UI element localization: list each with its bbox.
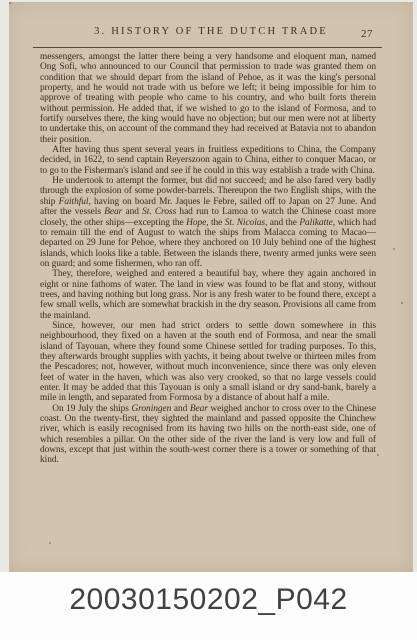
scanned-page: 3. HISTORY OF THE DUTCH TRADE 27 messeng… — [0, 0, 417, 572]
page-header: 3. HISTORY OF THE DUTCH TRADE 27 — [9, 26, 413, 42]
page-text: messengers, amongst the latter there bei… — [40, 52, 376, 466]
paragraph: messengers, amongst the latter there bei… — [40, 52, 376, 145]
page-number: 27 — [361, 28, 373, 40]
header-rule — [33, 47, 382, 48]
running-title: 3. HISTORY OF THE DUTCH TRADE — [9, 26, 413, 37]
paragraph: Since, however, our men had strict order… — [40, 321, 376, 404]
book-paper: 3. HISTORY OF THE DUTCH TRADE 27 messeng… — [9, 2, 413, 572]
label-strip: 20030150202_P042 — [0, 572, 417, 640]
paragraph: They, therefore, weighed and entered a b… — [40, 269, 376, 321]
paragraph: After having thus spent several years in… — [40, 145, 376, 176]
foxing-specks — [9, 2, 11, 4]
archive-label: 20030150202_P042 — [69, 583, 347, 617]
paragraph: On 19 July the ships Groningen and Bear … — [40, 404, 376, 466]
paragraph: He undertook to attempt the former, but … — [40, 176, 376, 269]
